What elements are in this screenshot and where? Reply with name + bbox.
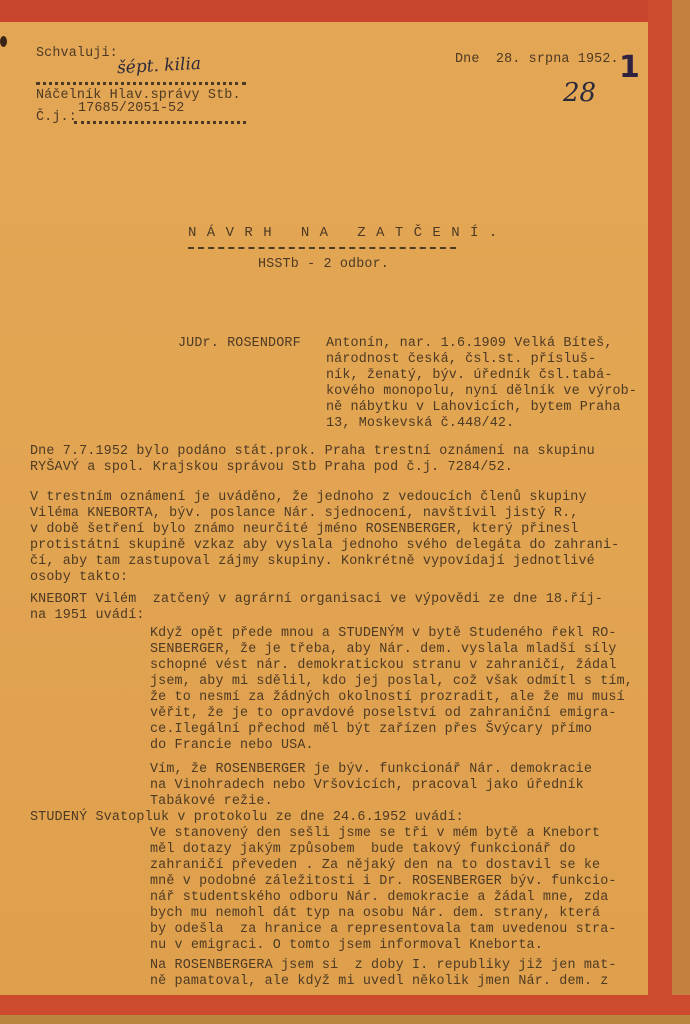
folder-border-right xyxy=(648,0,674,1024)
document-date: Dne 28. srpna 1952. xyxy=(455,52,619,68)
reference-line xyxy=(74,121,246,124)
reference-label: Č.j.: xyxy=(36,110,77,126)
title-underline xyxy=(188,247,456,249)
signature-line xyxy=(36,82,246,85)
folder-outer-edge xyxy=(672,0,690,1024)
handwritten-number: 28 xyxy=(563,78,596,108)
folder-border-top xyxy=(0,0,690,22)
document-subtitle: HSSTb - 2 odbor. xyxy=(258,257,389,273)
witness-studeny-intro: STUDENÝ Svatopluk v protokolu ze dne 24.… xyxy=(30,810,464,826)
reference-number: 17685/2051-52 xyxy=(78,101,184,117)
subject-name: JUDr. ROSENDORF xyxy=(178,336,301,352)
ink-spot xyxy=(0,36,7,47)
approval-label: Schvaluji: xyxy=(36,46,118,62)
page-stamp: 1 xyxy=(619,50,640,85)
document-title: N Á V R H N A Z A T Č E N Í . xyxy=(188,225,498,241)
folder-bottom-edge xyxy=(0,1015,690,1024)
